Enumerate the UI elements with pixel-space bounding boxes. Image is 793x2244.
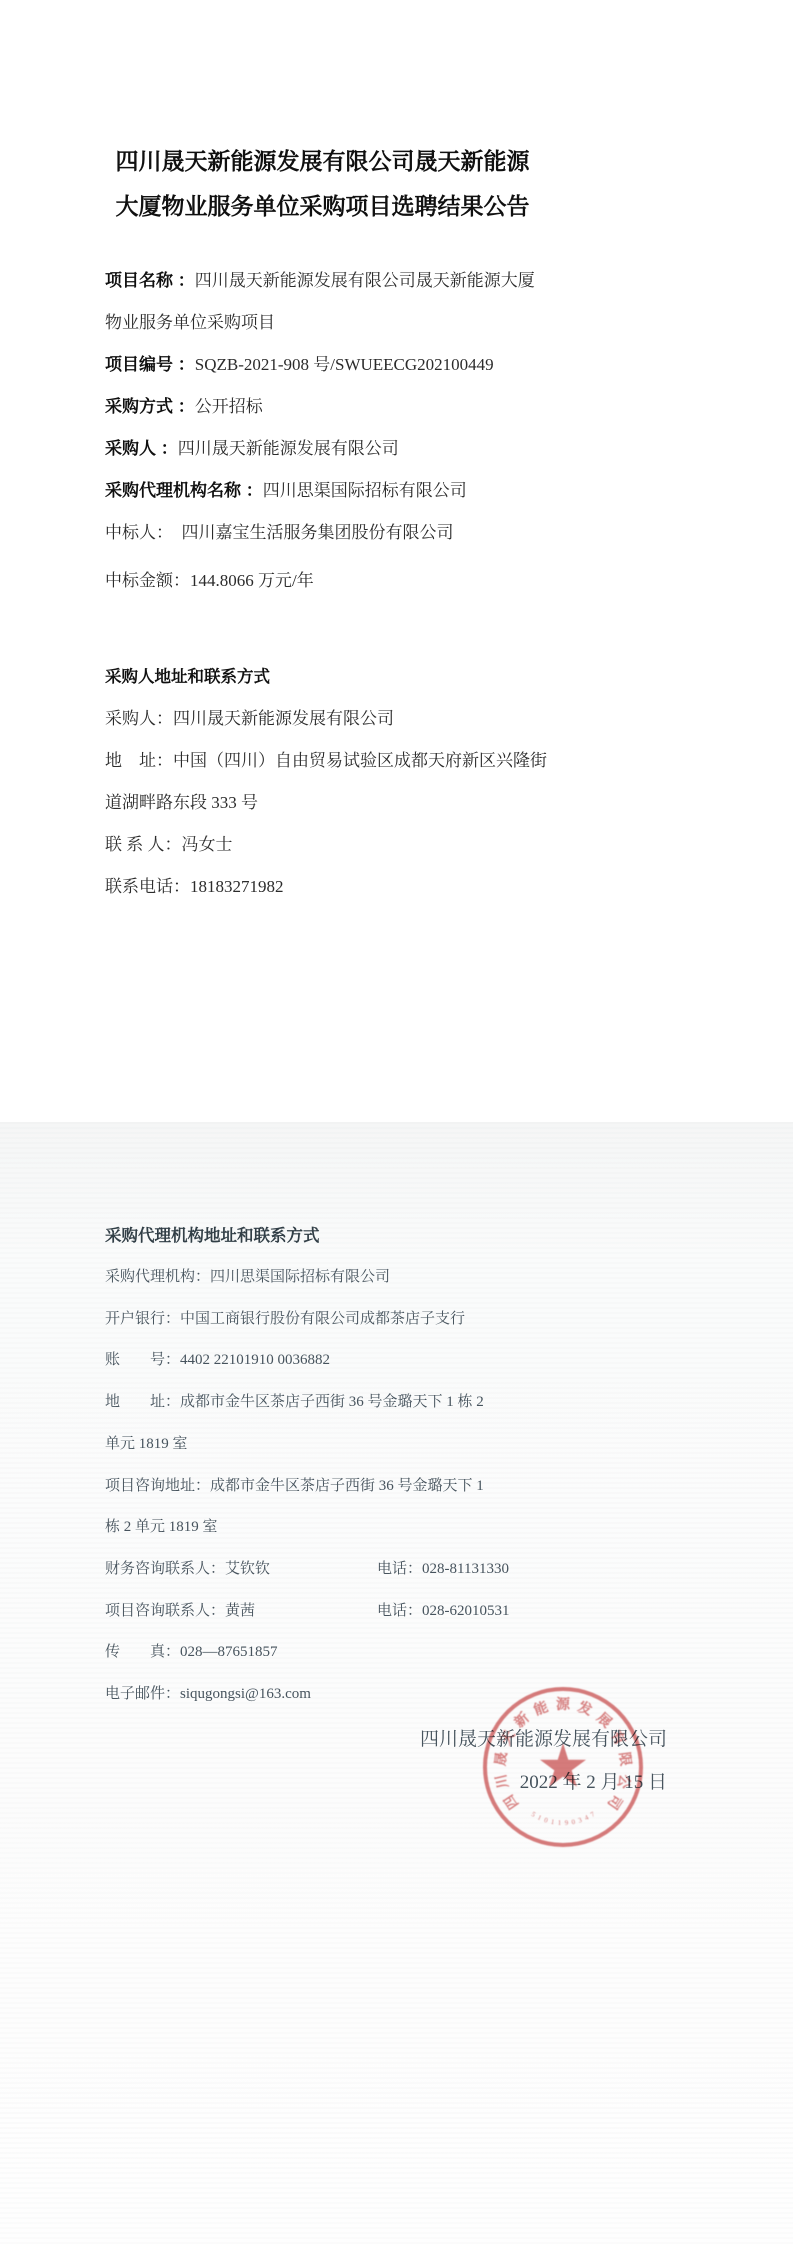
agency-contact-rows: 财务咨询联系人：艾钦钦 电话：028-81131330 项目咨询联系人：黄茜 电…	[105, 1549, 665, 1632]
announcement-document: 四川晟天新能源发展有限公司晟天新能源 大厦物业服务单位采购项目选聘结果公告 项目…	[0, 0, 793, 2244]
agency-line-bank: 开户银行：中国工商银行股份有限公司成都茶店子支行	[105, 1299, 665, 1341]
field-value: 公开招标	[195, 397, 263, 416]
agency-line-consult-address-cont: 栋 2 单元 1819 室	[105, 1507, 665, 1549]
project-info-fields: 项目名称 ：四川晟天新能源发展有限公司晟天新能源大厦 物业服务单位采购项目 项目…	[105, 260, 665, 554]
contact-phone-right: 电话：028-81131330	[377, 1549, 509, 1591]
agency-line-account: 账 号：4402 22101910 0036882	[105, 1340, 665, 1382]
fax-line: 传 真：028—87651857	[105, 1632, 665, 1674]
contact-phone-right: 电话：028-62010531	[377, 1591, 510, 1633]
purchaser-contact-header: 采购人地址和联系方式	[105, 656, 665, 698]
title-line-2: 大厦物业服务单位采购项目选聘结果公告	[85, 184, 560, 229]
field-value-continuation: 物业服务单位采购项目	[105, 313, 275, 332]
field-value: SQZB-2021-908 号/SWUEECG202100449	[195, 355, 494, 374]
agency-line-consult-address: 项目咨询地址：成都市金牛区茶店子西街 36 号金璐天下 1	[105, 1466, 665, 1508]
field-row-agency-name: 采购代理机构名称 ：四川思渠国际招标有限公司	[105, 470, 665, 512]
field-row-procurement-method: 采购方式 ：公开招标	[105, 386, 665, 428]
title-line-1: 四川晟天新能源发展有限公司晟天新能源	[85, 139, 560, 184]
field-value: 四川晟天新能源发展有限公司晟天新能源大厦	[195, 271, 535, 290]
agency-contact-lines: 采购代理机构：四川思渠国际招标有限公司 开户银行：中国工商银行股份有限公司成都茶…	[105, 1257, 665, 1549]
contact-line-purchaser: 采购人：四川晟天新能源发展有限公司	[105, 698, 665, 740]
agency-line-name: 采购代理机构：四川思渠国际招标有限公司	[105, 1257, 665, 1299]
field-row-project-name: 项目名称 ：四川晟天新能源发展有限公司晟天新能源大厦	[105, 260, 665, 302]
contact-line-address: 地 址：中国（四川）自由贸易试验区成都天府新区兴隆街	[105, 740, 665, 782]
field-label: 采购人 ：	[105, 439, 178, 458]
agency-contact-header: 采购代理机构地址和联系方式	[105, 1215, 665, 1257]
stamp-star-icon	[539, 1743, 587, 1791]
agency-line-address-cont: 单元 1819 室	[105, 1424, 665, 1466]
contact-line-phone: 联系电话：18183271982	[105, 866, 665, 908]
contact-person-left: 项目咨询联系人：黄茜	[105, 1591, 377, 1633]
field-label: 项目编号 ：	[105, 355, 195, 374]
field-label: 采购方式 ：	[105, 397, 195, 416]
contact-person-left: 财务咨询联系人：艾钦钦	[105, 1549, 377, 1591]
field-row-purchaser: 采购人 ：四川晟天新能源发展有限公司	[105, 428, 665, 470]
page-1: 四川晟天新能源发展有限公司晟天新能源 大厦物业服务单位采购项目选聘结果公告 项目…	[0, 0, 793, 1122]
company-stamp: 四川晟天新能源发展有限公司 5101190347	[483, 1687, 643, 1847]
page-2: 采购代理机构地址和联系方式 采购代理机构：四川思渠国际招标有限公司 开户银行：中…	[0, 1122, 793, 2244]
contact-line-address-cont: 道湖畔路东段 333 号	[105, 782, 665, 824]
page-title: 四川晟天新能源发展有限公司晟天新能源 大厦物业服务单位采购项目选聘结果公告	[85, 139, 560, 229]
contact-row-finance: 财务咨询联系人：艾钦钦 电话：028-81131330	[105, 1549, 665, 1591]
contact-row-project: 项目咨询联系人：黄茜 电话：028-62010531	[105, 1591, 665, 1633]
field-value: 四川晟天新能源发展有限公司	[178, 439, 399, 458]
bid-amount-line: 中标金额：144.8066 万元/年	[105, 560, 665, 602]
agency-line-address: 地 址：成都市金牛区茶店子西街 36 号金璐天下 1 栋 2	[105, 1382, 665, 1424]
field-label: 项目名称 ：	[105, 271, 195, 290]
winner-line: 中标人： 四川嘉宝生活服务集团股份有限公司	[105, 512, 665, 554]
contact-line-person: 联 系 人：冯女士	[105, 824, 665, 866]
purchaser-contact-lines: 采购人：四川晟天新能源发展有限公司 地 址：中国（四川）自由贸易试验区成都天府新…	[105, 698, 665, 908]
field-value: 四川思渠国际招标有限公司	[263, 481, 467, 500]
field-row-project-name-cont: 物业服务单位采购项目	[105, 302, 665, 344]
field-row-project-number: 项目编号 ：SQZB-2021-908 号/SWUEECG202100449	[105, 344, 665, 386]
field-label: 采购代理机构名称 ：	[105, 481, 263, 500]
